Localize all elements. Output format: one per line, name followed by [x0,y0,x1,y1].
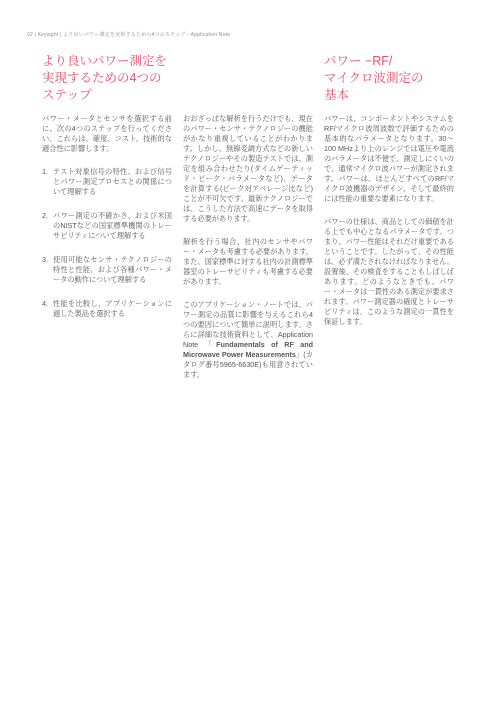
step-number: 2. [42,211,53,241]
right-paragraph-2: パワーの仕様は、商品としての価値を計る上でも中心となるパラメータです。つまり、パ… [324,217,454,327]
left-column-title: より良いパワー測定を 実現するための4つの ステップ [42,53,172,104]
right-column-body: パワーは、コンポーネントやシステムをRF/マイクロ波周波数で評価するための基本的… [324,114,454,327]
column-left: より良いパワー測定を 実現するための4つの ステップ パワー・メータとセンサを選… [42,53,172,393]
left-intro-paragraph: パワー・メータとセンサを選択する前に、次の4つのステップを行ってください。これら… [42,114,172,154]
middle-paragraph-3: このアプリケーション・ノートでは、パワー測定の品質に影響を与えるこれら4つの要因… [183,300,313,380]
right-column-title: パワー −RF/ マイクロ波測定の 基本 [324,53,454,104]
middle-column-body: おおざっぱな解析を行うだけでも、現在のパワー・センサ・テクノロジーの機能がかなり… [183,114,313,380]
step-text: パワー測定の不確かさ、および米国のNISTなどの国家標準機関のトレーサビリティに… [53,211,172,241]
step-number: 4. [42,299,53,319]
middle-paragraph-1: おおざっぱな解析を行うだけでも、現在のパワー・センサ・テクノロジーの機能がかなり… [183,114,313,224]
step-text: 使用可能なセンサ・テクノロジーの特性と性能、および各種パワー・メータの動作につい… [53,255,172,285]
step-item: 2. パワー測定の不確かさ、および米国のNISTなどの国家標準機関のトレーサビリ… [42,211,172,241]
document-page: 02 | Keysight | より良いパワー測定を実現するための4つのステップ… [0,0,496,701]
step-text: 性能を比較し、アプリケーションに適した製品を選択する [53,299,172,319]
column-right: パワー −RF/ マイクロ波測定の 基本 パワーは、コンポーネントやシステムをR… [324,53,454,393]
step-number: 3. [42,255,53,285]
column-middle: おおざっぱな解析を行うだけでも、現在のパワー・センサ・テクノロジーの機能がかなり… [183,53,313,393]
running-header: 02 | Keysight | より良いパワー測定を実現するための4つのステップ… [27,31,230,38]
middle-column-title-spacer [183,53,313,104]
step-item: 1. テスト対象信号の特性、および信号とパワー測定プロセスとの関係について理解す… [42,167,172,197]
step-item: 3. 使用可能なセンサ・テクノロジーの特性と性能、および各種パワー・メータの動作… [42,255,172,285]
step-number: 1. [42,167,53,197]
right-paragraph-1: パワーは、コンポーネントやシステムをRF/マイクロ波周波数で評価するための基本的… [324,114,454,204]
middle-paragraph-2: 解析を行う場合、社内のセンサやパワー・メータも考慮する必要があります。また、国家… [183,237,313,287]
left-column-body: パワー・メータとセンサを選択する前に、次の4つのステップを行ってください。これら… [42,114,172,319]
content-columns: より良いパワー測定を 実現するための4つの ステップ パワー・メータとセンサを選… [42,53,454,393]
step-item: 4. 性能を比較し、アプリケーションに適した製品を選択する [42,299,172,319]
step-text: テスト対象信号の特性、および信号とパワー測定プロセスとの関係について理解する [53,167,172,197]
